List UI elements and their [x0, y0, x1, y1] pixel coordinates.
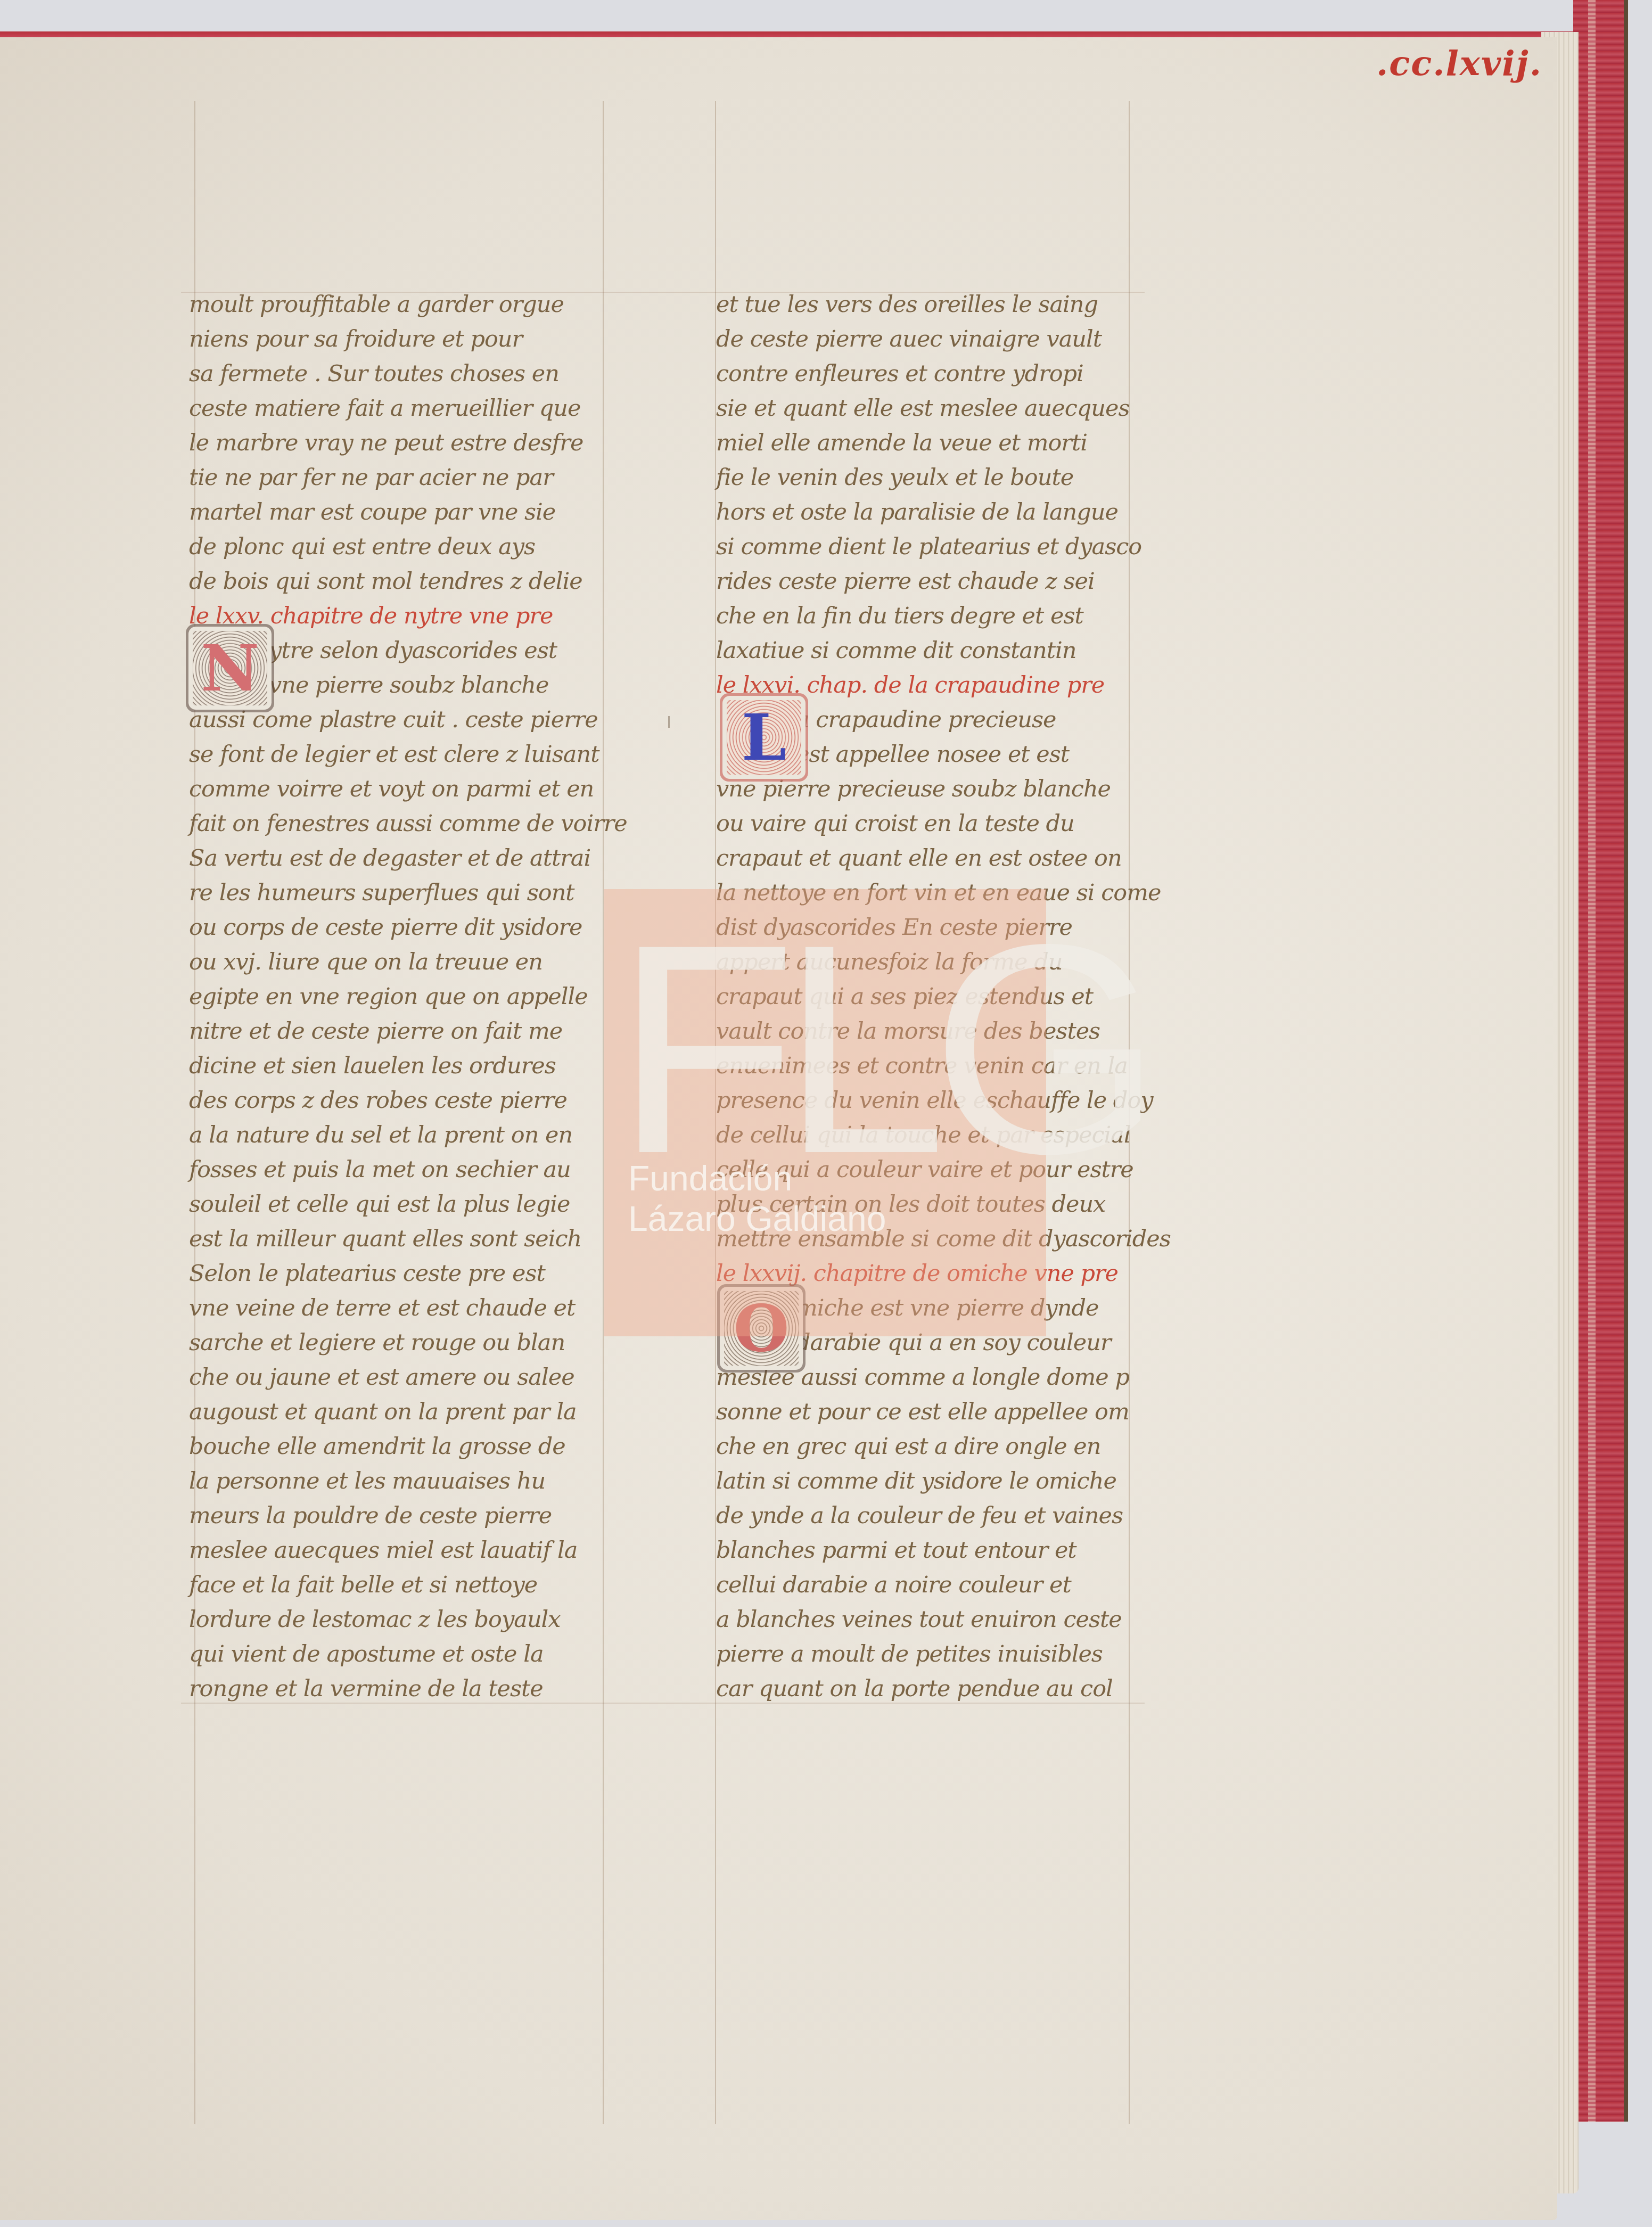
text-line: ou corps de ceste pierre dit ysidore	[189, 910, 604, 945]
text-line: vault contre la morsure des bestes	[716, 1014, 1131, 1049]
text-line: Selon le platearius ceste pre est	[189, 1256, 604, 1291]
text-line: sie et quant elle est meslee auecques	[716, 391, 1131, 426]
text-line: crapaut qui a ses piez estendus et	[716, 980, 1131, 1014]
text-line: la nettoye en fort vin et en eaue si com…	[716, 876, 1131, 910]
text-line: ou vaire qui croist en la teste du	[716, 807, 1131, 841]
text-line: vne pierre precieuse soubz blanche	[716, 772, 1131, 807]
text-line: comme voirre et voyt on parmi et en	[189, 772, 604, 807]
text-line: bouche elle amendrit la grosse de	[189, 1429, 604, 1464]
text-line: plus certain on les doit toutes deux	[716, 1187, 1131, 1222]
text-line: lordure de lestomac z les boyaulx	[189, 1603, 604, 1637]
text-line: de cellui qui la touche et par especial	[716, 1118, 1131, 1153]
text-line: sa fermete . Sur toutes choses en	[189, 357, 604, 391]
binding-spine-edge	[1573, 0, 1628, 2122]
text-line: crapaut et quant elle en est ostee on	[716, 841, 1131, 876]
text-line: et tue les vers des oreilles le saing	[716, 287, 1131, 322]
folio-number: .cc.lxvij.	[1376, 44, 1542, 84]
text-line: de ynde a la couleur de feu et vaines	[716, 1499, 1131, 1533]
text-line: mettre ensamble si come dit dyascorides	[716, 1222, 1131, 1256]
decorated-initial-l: L	[727, 700, 801, 775]
text-line: sarche et legiere et rouge ou blan	[189, 1326, 604, 1360]
text-line: cellui darabie a noire couleur et	[716, 1568, 1131, 1603]
text-line: de ceste pierre auec vinaigre vault	[716, 322, 1131, 357]
text-line: a la nature du sel et la prent on en	[189, 1118, 604, 1153]
text-line: nitre et de ceste pierre on fait me	[189, 1014, 604, 1049]
text-line: egipte en vne region que on appelle	[189, 980, 604, 1014]
text-line: de bois qui sont mol tendres z delie	[189, 564, 604, 599]
text-line: a blanches veines tout enuiron ceste	[716, 1603, 1131, 1637]
text-line: des corps z des robes ceste pierre	[189, 1083, 604, 1118]
text-line: blanches parmi et tout entour et	[716, 1533, 1131, 1568]
chapter-rubric: le lxxv. chapitre de nytre vne pre	[189, 599, 604, 634]
text-line: le marbre vray ne peut estre desfre	[189, 426, 604, 461]
text-line: dicine et sien lauelen les ordures	[189, 1049, 604, 1083]
text-line: hors et oste la paralisie de la langue	[716, 495, 1131, 530]
text-line: tie ne par fer ne par acier ne par	[189, 461, 604, 495]
text-line: fie le venin des yeulx et le boute	[716, 461, 1131, 495]
text-line: rides ceste pierre est chaude z sei	[716, 564, 1131, 599]
text-line: niens pour sa froidure et pour	[189, 322, 604, 357]
text-line: souleil et celle qui est la plus legie	[189, 1187, 604, 1222]
text-line: pierre a moult de petites inuisibles	[716, 1637, 1131, 1672]
text-line: de plonc qui est entre deux ays	[189, 530, 604, 564]
text-line: enuenimees et contre venin car en la	[716, 1049, 1131, 1083]
decorated-initial-o: O	[724, 1291, 799, 1366]
text-line: se font de legier et est clere z luisant	[189, 737, 604, 772]
text-line: che en grec qui est a dire ongle en	[716, 1429, 1131, 1464]
text-line: dist dyascorides En ceste pierre	[716, 910, 1131, 945]
binding-top-edge	[0, 0, 1597, 43]
decorated-initial-n: N	[193, 631, 267, 705]
text-line: ou xvj. liure que on la treuue en	[189, 945, 604, 980]
text-line: moult prouffitable a garder orgue	[189, 287, 604, 322]
text-line: est la milleur quant elles sont seich	[189, 1222, 604, 1256]
text-line: car quant on la porte pendue au col	[716, 1672, 1131, 1706]
chapter-rubric: le lxxvij. chapitre de omiche vne pre	[716, 1256, 1131, 1291]
text-line: face et la fait belle et si nettoye	[189, 1568, 604, 1603]
text-line: aussi come plastre cuit . ceste pierre	[189, 703, 604, 737]
text-line: si comme dient le platearius et dyasco	[716, 530, 1131, 564]
text-line: qui vient de apostume et oste la	[189, 1637, 604, 1672]
right-text-column: et tue les vers des oreilles le saing de…	[716, 287, 1131, 1706]
text-line: appert aucunesfoiz la forme du	[716, 945, 1131, 980]
text-line: che ou jaune et est amere ou salee	[189, 1360, 604, 1395]
text-line: martel mar est coupe par vne sie	[189, 495, 604, 530]
text-line: re les humeurs superflues qui sont	[189, 876, 604, 910]
text-line: miel elle amende la veue et morti	[716, 426, 1131, 461]
text-line: fait on fenestres aussi comme de voirre	[189, 807, 604, 841]
text-line: celle qui a couleur vaire et pour estre	[716, 1153, 1131, 1187]
text-line: laxatiue si comme dit constantin	[716, 634, 1131, 668]
chapter-rubric: le lxxvi. chap. de la crapaudine pre	[716, 668, 1131, 703]
text-line: rongne et la vermine de la teste	[189, 1672, 604, 1706]
text-line: che en la fin du tiers degre et est	[716, 599, 1131, 634]
left-text-column: moult prouffitable a garder orgue niens …	[189, 287, 604, 1706]
text-line: augoust et quant on la prent par la	[189, 1395, 604, 1429]
text-line: fosses et puis la met on sechier au	[189, 1153, 604, 1187]
text-line: contre enfleures et contre ydropi	[716, 357, 1131, 391]
text-line: presence du venin elle eschauffe le doy	[716, 1083, 1131, 1118]
text-line: Sa vertu est de degaster et de attrai	[189, 841, 604, 876]
text-line: latin si comme dit ysidore le omiche	[716, 1464, 1131, 1499]
text-line: ceste matiere fait a merueillier que	[189, 391, 604, 426]
text-line: vne veine de terre et est chaude et	[189, 1291, 604, 1326]
gutter-mark	[668, 716, 670, 728]
text-line: meurs la pouldre de ceste pierre	[189, 1499, 604, 1533]
text-line: sonne et pour ce est elle appellee om	[716, 1395, 1131, 1429]
text-line: la personne et les mauuaises hu	[189, 1464, 604, 1499]
text-line: meslee auecques miel est lauatif la	[189, 1533, 604, 1568]
